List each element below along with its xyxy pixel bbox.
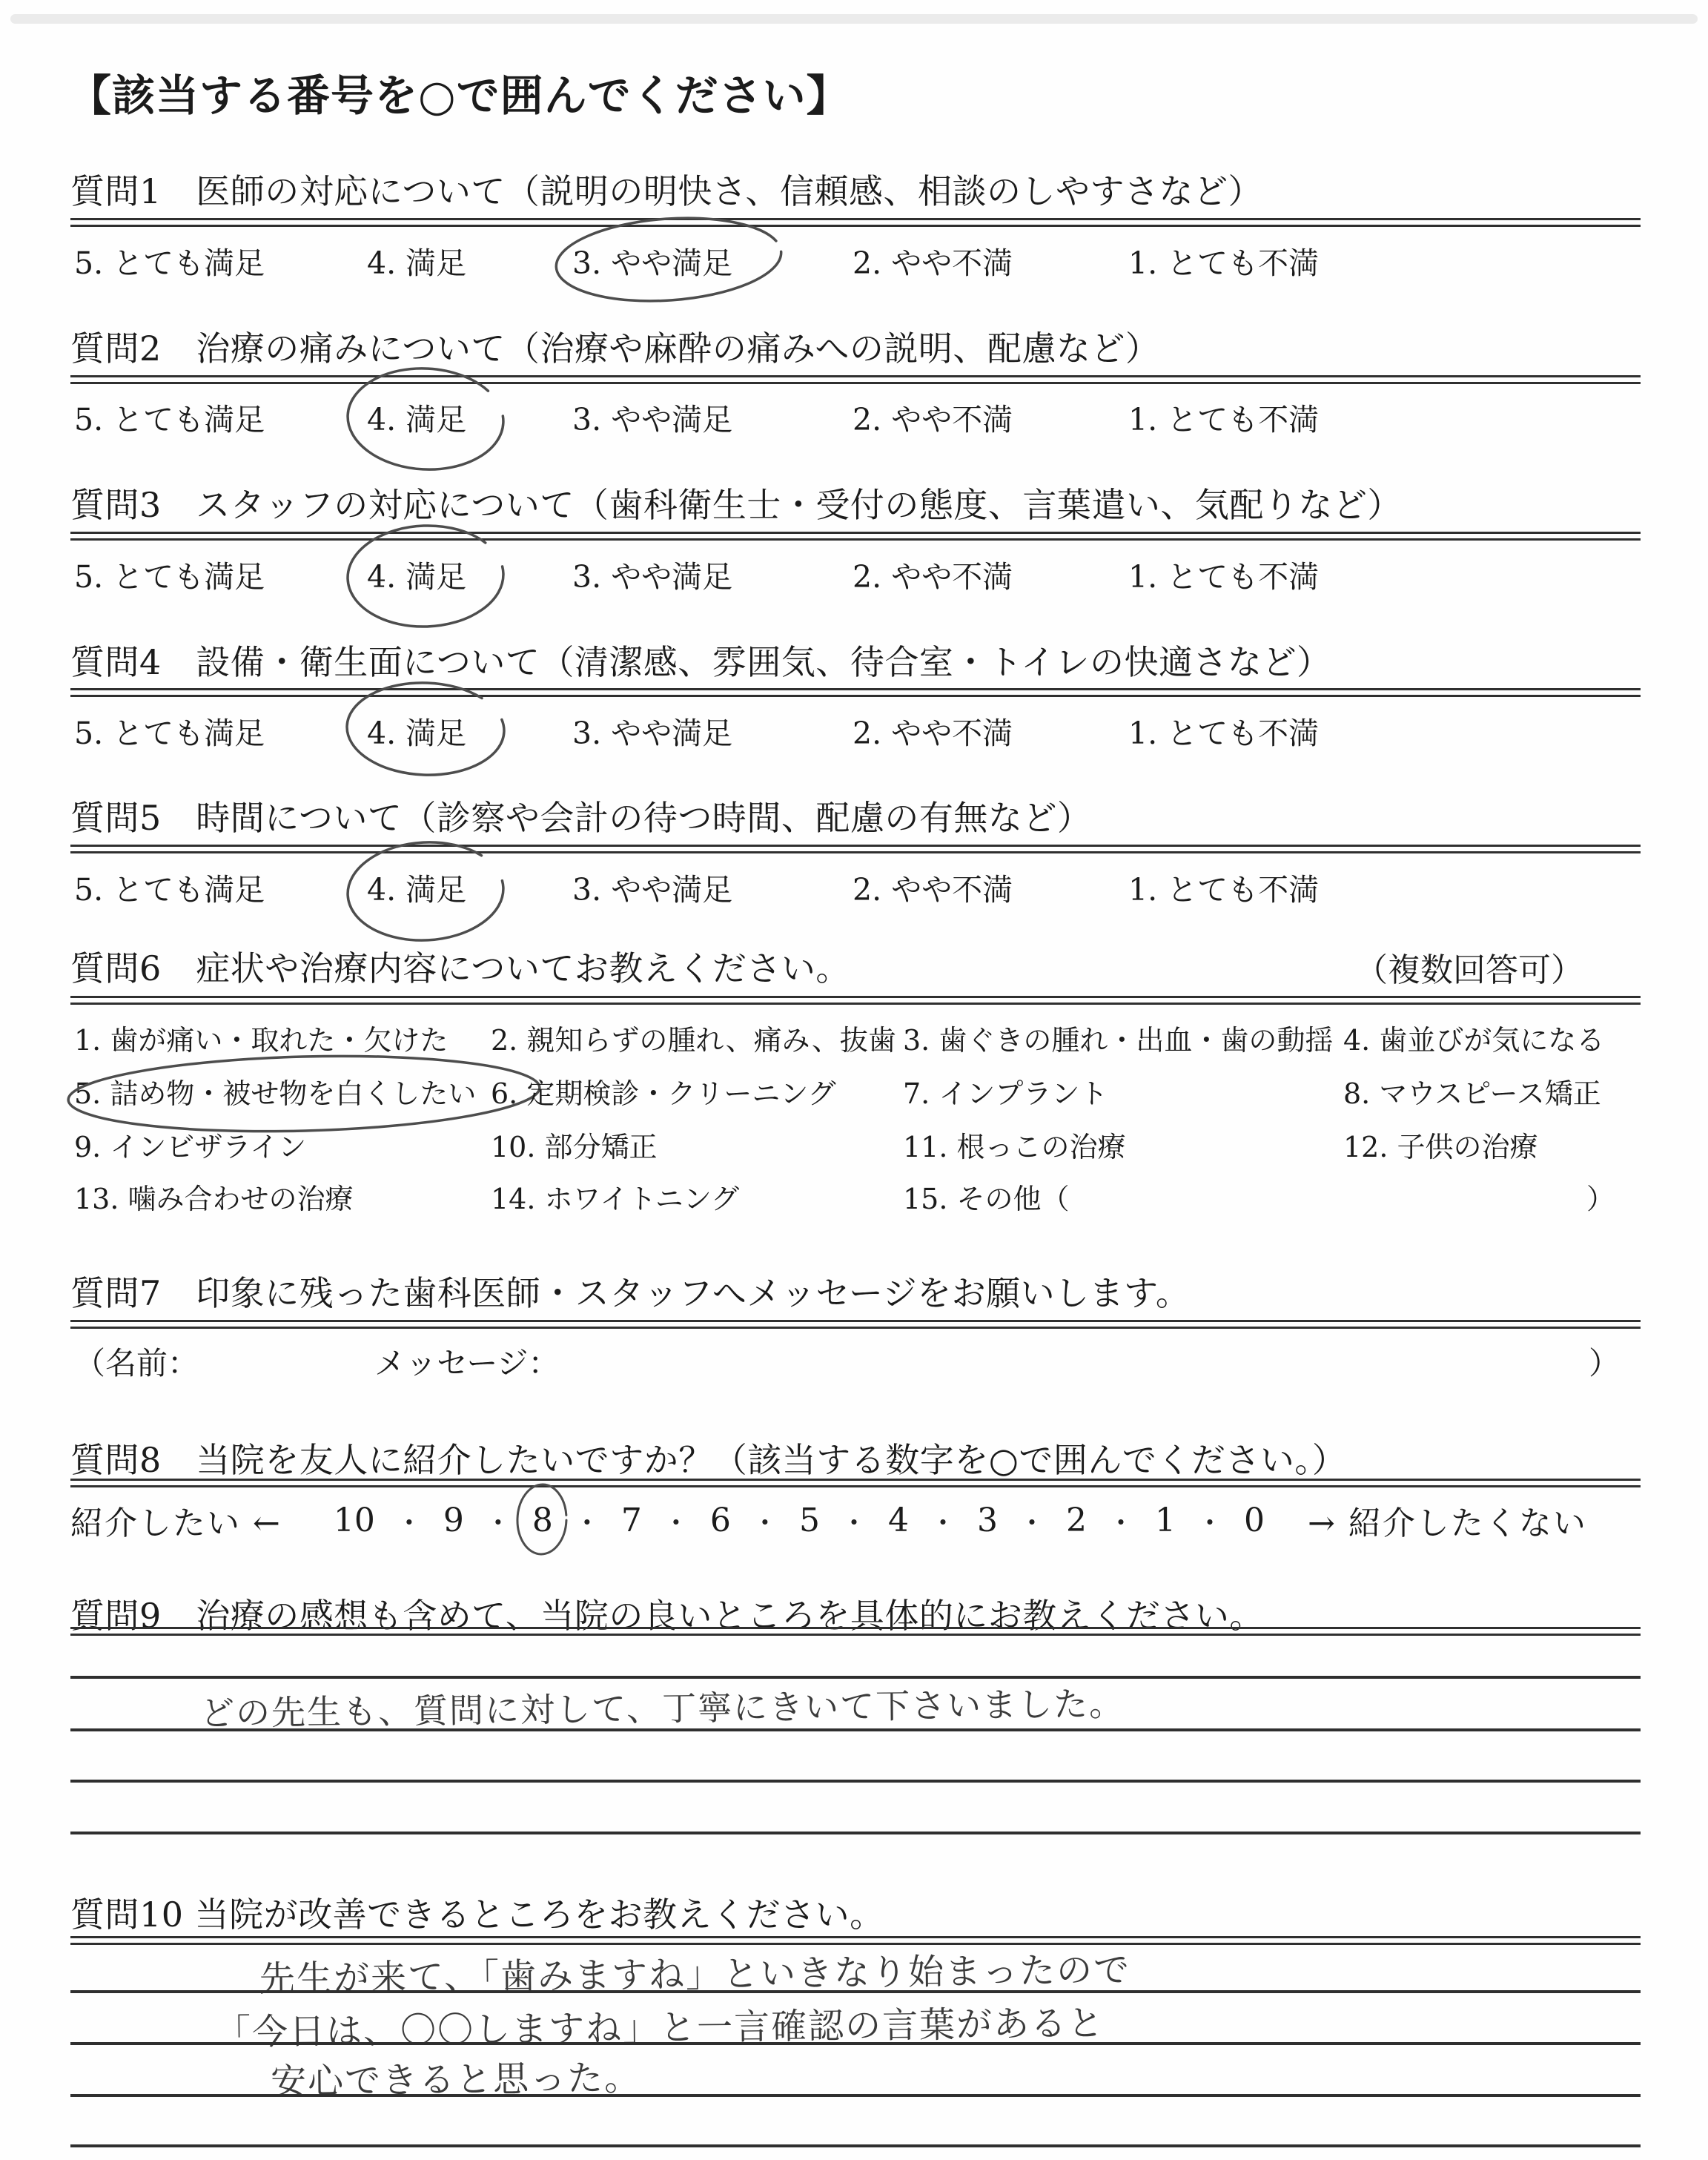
question-3-options-row: 5. とても満足 4. 満足 3. やや満足 2. やや不満 1. とても不満 xyxy=(0,552,1708,595)
q4-option-4-selected[interactable]: 4. 満足 xyxy=(367,716,466,751)
dot-separator: ・ xyxy=(1018,1500,1046,1541)
q6-option-8[interactable]: 8. マウスピース矯正 xyxy=(1343,1071,1601,1112)
q9-answer-line-2[interactable] xyxy=(70,1728,1641,1731)
dot-separator: ・ xyxy=(751,1500,779,1541)
q3-option-3[interactable]: 3. やや満足 xyxy=(572,552,732,596)
divider xyxy=(70,688,1641,697)
question-7-label: 質問7 印象に残った歯科医師・スタッフへメッセージをお願いします。 xyxy=(70,1266,1190,1315)
divider xyxy=(70,532,1641,541)
question-6-note: （複数回答可） xyxy=(1355,943,1583,991)
question-3-label: 質問3 スタッフの対応について（歯科衛生士・受付の態度、言葉遣い、気配りなど） xyxy=(70,478,1402,527)
q8-number-10[interactable]: 10 xyxy=(329,1502,380,1539)
q1-option-1[interactable]: 1. とても不満 xyxy=(1128,239,1319,283)
q8-number-9[interactable]: 9 xyxy=(439,1502,469,1539)
q8-number-2[interactable]: 2 xyxy=(1062,1502,1091,1539)
q8-number-4[interactable]: 4 xyxy=(884,1502,913,1539)
q3-option-1[interactable]: 1. とても不満 xyxy=(1128,552,1319,596)
q7-close-paren: ） xyxy=(1589,1339,1620,1384)
q10-answer-line-4[interactable] xyxy=(70,2144,1641,2147)
q1-option-3-selected[interactable]: 3. やや満足 xyxy=(572,245,732,281)
q5-option-2[interactable]: 2. やや不満 xyxy=(853,865,1013,909)
q6-option-10[interactable]: 10. 部分矯正 xyxy=(491,1124,658,1165)
question-6-label: 質問6 症状や治療内容についてお教えください。 xyxy=(70,942,850,991)
divider xyxy=(70,845,1641,853)
q5-option-3[interactable]: 3. やや満足 xyxy=(572,865,732,909)
question-10-label: 質問10 当院が改善できるところをお教えください。 xyxy=(70,1888,884,1937)
q10-answer-line-1[interactable] xyxy=(70,1990,1641,1993)
q8-left-label: 紹介したい ← xyxy=(70,1496,282,1544)
divider xyxy=(70,1627,1641,1636)
q6-option-5-selected[interactable]: 5. 詰め物・被せ物を白くしたい xyxy=(74,1077,476,1110)
q2-option-2[interactable]: 2. やや不満 xyxy=(853,395,1013,439)
q10-answer-line-3[interactable] xyxy=(70,2094,1641,2097)
survey-form-page: 【該当する番号を○で囲んでください】 質問1 医師の対応について（説明の明快さ、… xyxy=(0,0,1708,2160)
q10-handwritten-line-2: 「今日は、〇〇しますね」と一言確認の言葉があると xyxy=(215,1995,1105,2055)
dot-separator: ・ xyxy=(395,1500,423,1541)
q2-option-3[interactable]: 3. やや満足 xyxy=(572,395,732,439)
q5-option-4-selected[interactable]: 4. 満足 xyxy=(367,872,466,908)
q6-option-13[interactable]: 13. 噛み合わせの治療 xyxy=(74,1176,354,1217)
question-2-options-row: 5. とても満足 4. 満足 3. やや満足 2. やや不満 1. とても不満 xyxy=(0,395,1708,438)
q7-message-label: メッセージ： xyxy=(374,1339,559,1384)
question-2-label: 質問2 治療の痛みについて（治療や麻酔の痛みへの説明、配慮など） xyxy=(70,322,1159,371)
q3-option-5[interactable]: 5. とても満足 xyxy=(74,552,265,596)
q2-option-1[interactable]: 1. とても不満 xyxy=(1128,395,1319,439)
q8-number-7[interactable]: 7 xyxy=(617,1502,646,1539)
q6-row-4: 13. 噛み合わせの治療 14. ホワイトニング 15. その他（ ） xyxy=(0,1176,1708,1219)
q6-option-1[interactable]: 1. 歯が痛い・取れた・欠けた xyxy=(74,1017,448,1058)
q8-number-8-selected[interactable]: 8 xyxy=(528,1502,557,1539)
q4-option-3[interactable]: 3. やや満足 xyxy=(572,709,732,753)
q10-answer-line-2[interactable] xyxy=(70,2042,1641,2045)
scan-artifact-bar xyxy=(10,14,1698,24)
q8-number-1[interactable]: 1 xyxy=(1151,1502,1180,1539)
q6-option-15-other[interactable]: 15. その他（ xyxy=(903,1176,1070,1217)
divider xyxy=(70,375,1641,384)
q9-answer-line-4[interactable] xyxy=(70,1832,1641,1834)
q6-option-7[interactable]: 7. インプラント xyxy=(903,1071,1108,1112)
q3-option-2[interactable]: 2. やや不満 xyxy=(853,552,1013,596)
q8-number-6[interactable]: 6 xyxy=(706,1502,735,1539)
q8-number-3[interactable]: 3 xyxy=(973,1502,1002,1539)
q6-option-12[interactable]: 12. 子供の治療 xyxy=(1343,1124,1538,1165)
q1-option-4[interactable]: 4. 満足 xyxy=(367,239,466,283)
q6-option-11[interactable]: 11. 根っこの治療 xyxy=(903,1124,1126,1165)
q6-option-2[interactable]: 2. 親知らずの腫れ、痛み、抜歯 xyxy=(491,1017,896,1058)
q7-name-label: （名前： xyxy=(74,1339,199,1384)
question-5-label: 質問5 時間について（診察や会計の待つ時間、配慮の有無など） xyxy=(70,791,1091,840)
q6-row-2: 5. 詰め物・被せ物を白くしたい 6. 定期検診・クリーニング 7. インプラン… xyxy=(0,1071,1708,1114)
q4-option-1[interactable]: 1. とても不満 xyxy=(1128,709,1319,753)
q8-scale-row: 紹介したい ← 10 ・ 9 ・ 8 ・ 7 ・ 6 ・ 5 ・ 4 ・ 3 ・… xyxy=(70,1496,1641,1544)
q3-option-4-selected[interactable]: 4. 満足 xyxy=(367,559,466,595)
q8-right-label: → 紹介したくない xyxy=(1308,1496,1587,1544)
question-8-label: 質問8 当院を友人に紹介したいですか？（該当する数字を○で囲んでください。） xyxy=(70,1433,1346,1482)
divider xyxy=(70,218,1641,227)
q4-option-5[interactable]: 5. とても満足 xyxy=(74,709,265,753)
dot-separator: ・ xyxy=(840,1500,868,1541)
q2-option-5[interactable]: 5. とても満足 xyxy=(74,395,265,439)
dot-separator: ・ xyxy=(573,1500,601,1541)
q9-answer-line-3[interactable] xyxy=(70,1780,1641,1783)
q6-option-14[interactable]: 14. ホワイトニング xyxy=(491,1176,739,1217)
q6-option-9[interactable]: 9. インビザライン xyxy=(74,1124,306,1165)
question-1-label: 質問1 医師の対応について（説明の明快さ、信頼感、相談のしやすさなど） xyxy=(70,165,1262,214)
q6-option-4[interactable]: 4. 歯並びが気になる xyxy=(1343,1017,1604,1058)
q6-row-3: 9. インビザライン 10. 部分矯正 11. 根っこの治療 12. 子供の治療 xyxy=(0,1124,1708,1167)
q5-option-1[interactable]: 1. とても不満 xyxy=(1128,865,1319,909)
q6-other-close-paren: ） xyxy=(1586,1176,1615,1217)
q8-number-5[interactable]: 5 xyxy=(795,1502,824,1539)
q4-option-2[interactable]: 2. やや不満 xyxy=(853,709,1013,753)
divider xyxy=(70,996,1641,1005)
q1-option-5[interactable]: 5. とても満足 xyxy=(74,239,265,283)
q6-option-3[interactable]: 3. 歯ぐきの腫れ・出血・歯の動揺 xyxy=(903,1017,1333,1058)
q6-option-6[interactable]: 6. 定期検診・クリーニング xyxy=(491,1071,836,1112)
dot-separator: ・ xyxy=(1107,1500,1135,1541)
q9-handwritten-answer: どの先生も、質問に対して、丁寧にきいて下さいました。 xyxy=(200,1677,1125,1735)
dot-separator: ・ xyxy=(929,1500,957,1541)
question-1-options-row: 5. とても満足 4. 満足 3. やや満足 2. やや不満 1. とても不満 xyxy=(0,239,1708,282)
question-4-options-row: 5. とても満足 4. 満足 3. やや満足 2. やや不満 1. とても不満 xyxy=(0,709,1708,752)
dot-separator: ・ xyxy=(662,1500,690,1541)
question-4-label: 質問4 設備・衛生面について（清潔感、雰囲気、待合室・トイレの快適さなど） xyxy=(70,635,1331,684)
q6-row-1: 1. 歯が痛い・取れた・欠けた 2. 親知らずの腫れ、痛み、抜歯 3. 歯ぐきの… xyxy=(0,1017,1708,1060)
q9-answer-line-1[interactable] xyxy=(70,1676,1641,1679)
q5-option-5[interactable]: 5. とても満足 xyxy=(74,865,265,909)
q8-number-0[interactable]: 0 xyxy=(1239,1502,1269,1539)
page-title: 【該当する番号を○で囲んでください】 xyxy=(68,61,850,123)
divider xyxy=(70,1320,1641,1329)
dot-separator: ・ xyxy=(484,1500,512,1541)
q1-option-2[interactable]: 2. やや不満 xyxy=(853,239,1013,283)
question-5-options-row: 5. とても満足 4. 満足 3. やや満足 2. やや不満 1. とても不満 xyxy=(0,865,1708,908)
dot-separator: ・ xyxy=(1196,1500,1224,1541)
divider xyxy=(70,1479,1641,1487)
q2-option-4-selected[interactable]: 4. 満足 xyxy=(367,402,466,437)
